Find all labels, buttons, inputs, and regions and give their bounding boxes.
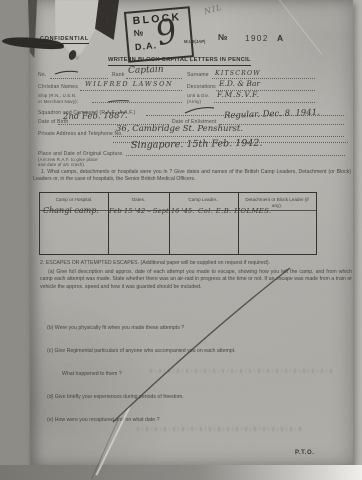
field-ship-line: [92, 102, 182, 103]
field-ship-label-2: or Merchant Navy):: [38, 99, 78, 104]
field-unit-label-1: Unit & Div.: [187, 93, 209, 98]
field-christian-names-line: [80, 90, 182, 91]
field-christian-names-label: Christian Names: [38, 84, 78, 90]
question-2b-text: (b) Were you physically fit when you mad…: [47, 325, 184, 332]
stamp-no-symbol: №: [133, 27, 143, 38]
table-header-camp: Camp or Hospital.: [42, 197, 106, 203]
table-header-dates: Dates.: [110, 197, 167, 203]
field-decorations-label: Decorations: [187, 84, 216, 90]
form-reference: M.I. 9(JAP): [184, 39, 205, 44]
field-surname-value: KITSCROW: [215, 70, 261, 77]
field-rank-value: Captain: [128, 65, 164, 76]
pto-label: P.T.O.: [295, 450, 315, 456]
field-address-value: 36, Cambridge St. Penshurst.: [116, 124, 243, 134]
field-address-line: [113, 136, 344, 137]
table-column-divider: [108, 193, 109, 254]
table-column-divider: [169, 193, 170, 254]
serial-number: 1902: [245, 34, 269, 43]
instruction-heading: WRITE IN BLOCK CAPITAL LETTERS IN PENCIL: [108, 57, 251, 66]
field-surname-label: Surname: [187, 72, 209, 78]
question-2a-text: (a) Give full description and approx. da…: [40, 269, 352, 291]
bleed-through-text: [137, 427, 302, 431]
field-address-label: Private Address and Telephone No.: [38, 131, 123, 137]
serial-no-symbol: №: [218, 32, 227, 42]
field-unit-value: F.M.S.V.F.: [217, 90, 260, 99]
copy-letter: A: [277, 33, 283, 43]
field-capture-value: Singapore. 15th Feb. 1942.: [131, 138, 263, 151]
field-decorations-value: E.D. & Bar: [219, 79, 260, 88]
field-capture-sublabel-2: and date of a/c crash).: [38, 162, 85, 167]
question-2c-text: (c) Give Regimental particulars of anyon…: [47, 348, 236, 355]
camps-table: Camp or Hospital. Dates. Camp Leader.. D…: [39, 192, 317, 255]
question-2e-text: (e) How were you recaptured and on what …: [47, 417, 159, 424]
table-header-leader: Camp Leader..: [171, 197, 236, 203]
field-christian-names-value: WILFRED LAWSON: [85, 80, 173, 88]
field-rank-label: Rank: [112, 72, 124, 78]
field-no-label: No.: [38, 72, 46, 78]
block-number-stamp: BLOCK № D.A. 9: [124, 6, 194, 63]
question-2c-followup-text: What happened to them ?: [62, 371, 122, 378]
field-ship-label-1: Ship (R.N., U.S.N.: [38, 93, 76, 98]
question-1-text: 1. What camps, detachments or hospitals …: [33, 169, 351, 184]
table-column-divider: [238, 193, 239, 254]
field-dob-value: 2nd Feb. 1887.: [63, 111, 128, 122]
table-row-dates-value: Feb 15 '42 – Sept 16 '45.: [109, 207, 194, 215]
scanned-pow-questionnaire: { "colors": { "paper": "#aeaca7", "scan_…: [0, 0, 362, 480]
scan-background-bottom: [0, 465, 362, 480]
field-capture-line: [126, 155, 345, 156]
field-rank-line: [126, 78, 182, 79]
question-2-heading: 2. ESCAPES OR ATTEMPTED ESCAPES. (Additi…: [40, 260, 352, 267]
bleed-through-text: [150, 369, 335, 373]
confidential-marking: CONFIDENTIAL: [40, 36, 89, 44]
table-row-leader-value: Col. E.B. HOLMES.: [198, 207, 272, 215]
stamp-da-label: D.A.: [135, 40, 158, 52]
field-unit-line: [214, 102, 315, 103]
field-unit-label-2: (Army): [187, 99, 201, 104]
question-2d-text: (d) Give briefly your experiences during…: [47, 394, 184, 401]
table-row-camp-value: Changi camp.: [43, 206, 99, 215]
field-no-line: [50, 78, 108, 79]
